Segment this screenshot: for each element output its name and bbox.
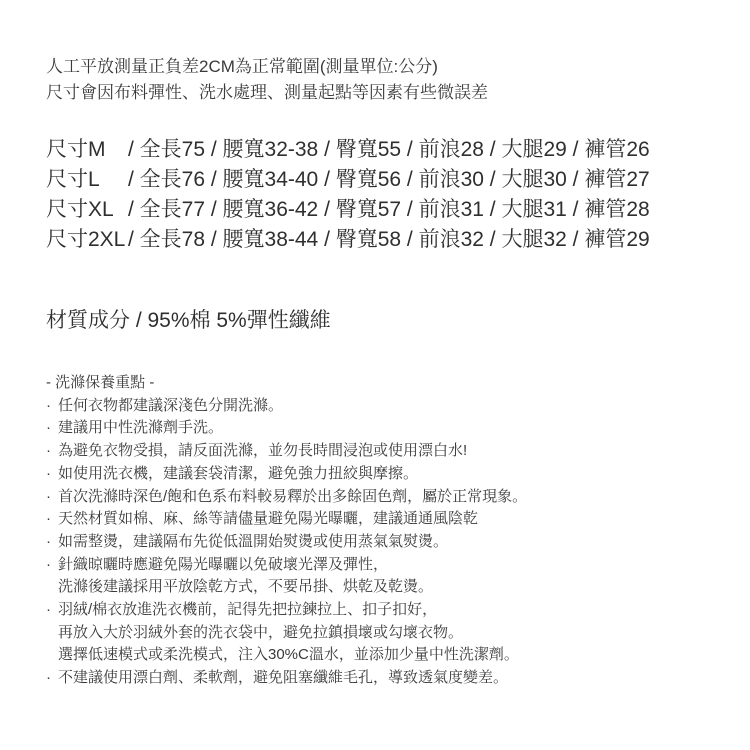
bullet-dot: · bbox=[46, 554, 58, 577]
care-line-text: 建議用中性洗滌劑手洗。 bbox=[58, 417, 223, 440]
bullet-dot: · bbox=[46, 417, 58, 440]
bullet-dot: · bbox=[46, 440, 58, 463]
care-line-text: 如需整燙，建議隔布先從低溫開始熨燙或使用蒸氣氣熨燙。 bbox=[58, 531, 448, 554]
disclaimer-line-2: 尺寸會因布料彈性、洗水處理、測量起點等因素有些微誤差 bbox=[46, 80, 488, 106]
care-line-text: 為避免衣物受損，請反面洗滌，並勿長時間浸泡或使用漂白水! bbox=[58, 440, 467, 463]
care-line: · 天然材質如棉、麻、絲等請儘量避免陽光曝曬，建議通通風陰乾 bbox=[46, 508, 527, 531]
care-line-continuation: 洗滌後建議採用平放陰乾方式，不要吊掛、烘乾及乾燙。 bbox=[46, 576, 527, 599]
size-row-l: 尺寸L / 全長76 / 腰寬34-40 / 臀寬56 / 前浪30 / 大腿3… bbox=[46, 165, 650, 195]
care-line-text: 羽絨/棉衣放進洗衣機前，記得先把拉鍊拉上、扣子扣好， bbox=[58, 599, 437, 622]
size-label: 尺寸M bbox=[46, 135, 128, 165]
size-values: / 全長77 / 腰寬36-42 / 臀寬57 / 前浪31 / 大腿31 / … bbox=[128, 195, 650, 225]
bullet-dot: · bbox=[46, 463, 58, 486]
care-line: · 任何衣物都建議深淺色分開洗滌。 bbox=[46, 395, 527, 418]
bullet-dot: · bbox=[46, 531, 58, 554]
measurement-disclaimer: 人工平放測量正負差2CM為正常範圍(測量單位:公分) 尺寸會因布料彈性、洗水處理… bbox=[46, 54, 488, 106]
material-composition: 材質成分 / 95%棉 5%彈性纖維 bbox=[46, 306, 331, 336]
care-line: · 針織晾曬時應避免陽光曝曬以免破壞光澤及彈性， bbox=[46, 554, 527, 577]
size-label: 尺寸XL bbox=[46, 195, 128, 225]
care-line: · 首次洗滌時深色/飽和色系布料較易釋於出多餘固色劑，屬於正常現象。 bbox=[46, 486, 527, 509]
care-line-text: 選擇低速模式或柔洗模式，注入30%C溫水，並添加少量中性洗潔劑。 bbox=[58, 644, 519, 667]
care-line-text: 任何衣物都建議深淺色分開洗滌。 bbox=[58, 395, 283, 418]
size-values: / 全長78 / 腰寬38-44 / 臀寬58 / 前浪32 / 大腿32 / … bbox=[128, 225, 650, 255]
care-line-text: 天然材質如棉、麻、絲等請儘量避免陽光曝曬，建議通通風陰乾 bbox=[58, 508, 478, 531]
care-line-text: 針織晾曬時應避免陽光曝曬以免破壞光澤及彈性， bbox=[58, 554, 388, 577]
care-line-text: 不建議使用漂白劑、柔軟劑，避免阻塞纖維毛孔，導致透氣度變差。 bbox=[58, 667, 508, 690]
size-label: 尺寸L bbox=[46, 165, 128, 195]
care-line: · 羽絨/棉衣放進洗衣機前，記得先把拉鍊拉上、扣子扣好， bbox=[46, 599, 527, 622]
care-line: · 如需整燙，建議隔布先從低溫開始熨燙或使用蒸氣氣熨燙。 bbox=[46, 531, 527, 554]
size-values: / 全長76 / 腰寬34-40 / 臀寬56 / 前浪30 / 大腿30 / … bbox=[128, 165, 650, 195]
size-chart: 尺寸M / 全長75 / 腰寬32-38 / 臀寬55 / 前浪28 / 大腿2… bbox=[46, 135, 650, 255]
size-label: 尺寸2XL bbox=[46, 225, 128, 255]
care-section-title: - 洗滌保養重點 - bbox=[46, 372, 527, 395]
bullet-dot: · bbox=[46, 667, 58, 690]
care-line: · 建議用中性洗滌劑手洗。 bbox=[46, 417, 527, 440]
bullet-dot: · bbox=[46, 508, 58, 531]
care-line-text: 再放入大於羽絨外套的洗衣袋中，避免拉鎮損壞或勾壞衣物。 bbox=[58, 622, 463, 645]
disclaimer-line-1: 人工平放測量正負差2CM為正常範圍(測量單位:公分) bbox=[46, 54, 488, 80]
bullet-dot: · bbox=[46, 395, 58, 418]
care-line-text: 洗滌後建議採用平放陰乾方式，不要吊掛、烘乾及乾燙。 bbox=[58, 576, 433, 599]
bullet-dot bbox=[46, 644, 58, 667]
care-line-text: 首次洗滌時深色/飽和色系布料較易釋於出多餘固色劑，屬於正常現象。 bbox=[58, 486, 527, 509]
size-row-m: 尺寸M / 全長75 / 腰寬32-38 / 臀寬55 / 前浪28 / 大腿2… bbox=[46, 135, 650, 165]
care-line: · 為避免衣物受損，請反面洗滌，並勿長時間浸泡或使用漂白水! bbox=[46, 440, 527, 463]
size-row-xl: 尺寸XL / 全長77 / 腰寬36-42 / 臀寬57 / 前浪31 / 大腿… bbox=[46, 195, 650, 225]
care-line: · 不建議使用漂白劑、柔軟劑，避免阻塞纖維毛孔，導致透氣度變差。 bbox=[46, 667, 527, 690]
care-line-continuation: 再放入大於羽絨外套的洗衣袋中，避免拉鎮損壞或勾壞衣物。 bbox=[46, 622, 527, 645]
bullet-dot: · bbox=[46, 486, 58, 509]
bullet-dot bbox=[46, 622, 58, 645]
care-line: · 如使用洗衣機，建議套袋清潔，避免強力扭絞與摩擦。 bbox=[46, 463, 527, 486]
care-instructions: - 洗滌保養重點 - · 任何衣物都建議深淺色分開洗滌。 · 建議用中性洗滌劑手… bbox=[46, 372, 527, 690]
bullet-dot bbox=[46, 576, 58, 599]
bullet-dot: · bbox=[46, 599, 58, 622]
size-row-2xl: 尺寸2XL / 全長78 / 腰寬38-44 / 臀寬58 / 前浪32 / 大… bbox=[46, 225, 650, 255]
size-values: / 全長75 / 腰寬32-38 / 臀寬55 / 前浪28 / 大腿29 / … bbox=[128, 135, 650, 165]
care-line-text: 如使用洗衣機，建議套袋清潔，避免強力扭絞與摩擦。 bbox=[58, 463, 418, 486]
care-line-continuation: 選擇低速模式或柔洗模式，注入30%C溫水，並添加少量中性洗潔劑。 bbox=[46, 644, 527, 667]
